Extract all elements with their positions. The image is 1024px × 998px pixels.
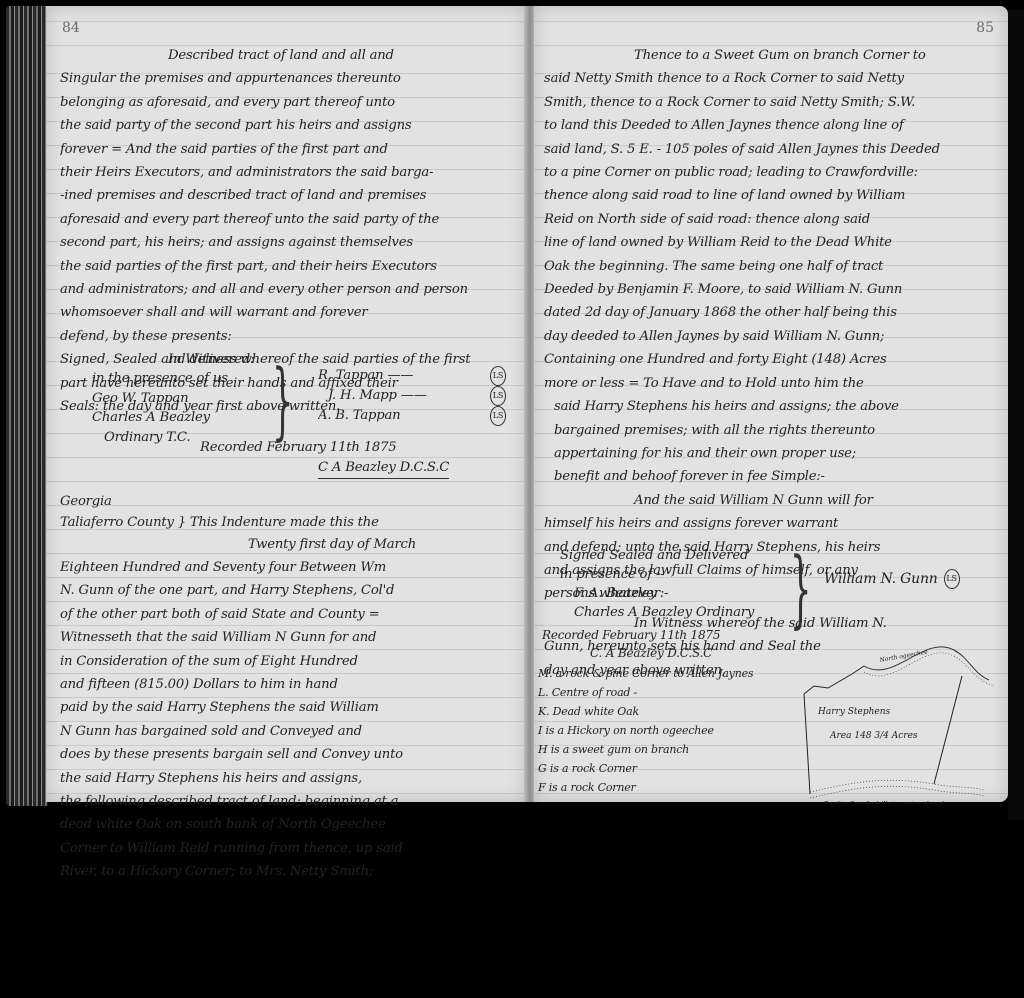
text-line: said Harry Stephens his heirs and assign… bbox=[544, 395, 1000, 418]
text-line: and fifteen (815.00) Dollars to him in h… bbox=[60, 673, 520, 696]
grantor-signature: A. B. Tappan LS bbox=[318, 406, 518, 426]
text-line: to land this Deeded to Allen Jaynes then… bbox=[544, 114, 1000, 137]
text-line: said land, S. 5 E. - 105 poles of said A… bbox=[544, 138, 1000, 161]
text-line: himself his heirs and assigns forever wa… bbox=[544, 512, 1000, 535]
book-right-edge bbox=[1008, 10, 1024, 820]
text-line: Containing one Hundred and forty Eight (… bbox=[544, 348, 1000, 371]
legend-item: K. Dead white Oak bbox=[538, 702, 778, 721]
text-line: Thence to a Sweet Gum on branch Corner t… bbox=[544, 44, 1000, 67]
text-line: thence along said road to line of land o… bbox=[544, 184, 1000, 207]
page-number-right: 85 bbox=[976, 20, 994, 36]
text-line: Eighteen Hundred and Seventy four Betwee… bbox=[60, 556, 520, 579]
text-line: appertaining for his and their own prope… bbox=[544, 442, 1000, 465]
legend-item: H is a sweet gum on branch bbox=[538, 740, 778, 759]
text-line: defend, by these presents: bbox=[60, 325, 520, 348]
text-line: line of land owned by William Reid to th… bbox=[544, 231, 1000, 254]
plat-sketch-drawing: Harry Stephens Area 148 3/4 Acres Road t… bbox=[784, 614, 1004, 804]
text-line: of the other part both of said State and… bbox=[60, 603, 520, 626]
recorded-by: C. A Beazley D.C.S.C bbox=[590, 644, 712, 662]
text-line: Singular the premises and appurtenances … bbox=[60, 67, 520, 90]
text-line: whomsoever shall and will warrant and fo… bbox=[60, 301, 520, 324]
right-page: 85 Thence to a Sweet Gum on branch Corne… bbox=[534, 6, 1008, 802]
state-heading: Georgia bbox=[60, 492, 520, 512]
grantor-signature: J. H. Mapp —— LS bbox=[318, 386, 518, 406]
witness-name: F. A. Beazley bbox=[560, 584, 820, 603]
text-line: the said Harry Stephens his heirs and as… bbox=[60, 767, 520, 790]
witness-name: Charles A Beazley Ordinary bbox=[560, 603, 820, 622]
text-line: belonging as aforesaid, and every part t… bbox=[60, 91, 520, 114]
text-line: day deeded to Allen Jaynes by said Willi… bbox=[544, 325, 1000, 348]
seal-icon: LS bbox=[944, 569, 960, 589]
text-line: Twenty first day of March bbox=[60, 534, 520, 556]
legend-item: L. Centre of road - bbox=[538, 683, 778, 702]
road-label: Road to Crawfordville to centre of road bbox=[823, 801, 944, 804]
recorded-date: Recorded February 11th 1875 bbox=[542, 626, 720, 644]
text-line: said Netty Smith thence to a Rock Corner… bbox=[544, 67, 1000, 90]
grantor-signature: William N. GunnLS bbox=[824, 568, 960, 591]
text-line: Smith, thence to a Rock Corner to said N… bbox=[544, 91, 1000, 114]
page-number-left: 84 bbox=[62, 20, 80, 36]
seal-icon: LS bbox=[490, 406, 506, 426]
text-line: Oak the beginning. The same being one ha… bbox=[544, 255, 1000, 278]
recorded-by: C A Beazley D.C.S.C bbox=[318, 458, 449, 479]
text-line: -ined premises and described tract of la… bbox=[60, 184, 520, 207]
text-line: aforesaid and every part thereof unto th… bbox=[60, 208, 520, 231]
text-line: dated 2d day of January 1868 the other h… bbox=[544, 301, 1000, 324]
text-line: does by these presents bargain sell and … bbox=[60, 743, 520, 766]
text-line: Taliaferro County } This Indenture made … bbox=[60, 512, 520, 534]
text-line: second part, his heirs; and assigns agai… bbox=[60, 231, 520, 254]
text-line: the following described tract of land; b… bbox=[60, 790, 520, 813]
text-line: paid by the said Harry Stephens the said… bbox=[60, 696, 520, 719]
text-line: their Heirs Executors, and administrator… bbox=[60, 161, 520, 184]
seal-icon: LS bbox=[490, 366, 506, 386]
text-line: Corner to William Reid running from then… bbox=[60, 837, 520, 860]
area-label: Area 148 3/4 Acres bbox=[829, 731, 918, 741]
text-line: the said parties of the first part, and … bbox=[60, 255, 520, 278]
legend-item: G is a rock Corner bbox=[538, 759, 778, 778]
brace-icon: } bbox=[272, 358, 293, 442]
left-grantors: R. Tappan —— LS J. H. Mapp —— LS A. B. T… bbox=[318, 366, 518, 426]
open-ledger-book: 84 Described tract of land and all and S… bbox=[0, 0, 1024, 820]
text-line: Reid on North side of said road: thence … bbox=[544, 208, 1000, 231]
left-page: 84 Described tract of land and all and S… bbox=[46, 6, 526, 802]
legend-item: F is a rock Corner bbox=[538, 778, 778, 797]
text-line: to a pine Corner on public road; leading… bbox=[544, 161, 1000, 184]
recorded-date: Recorded February 11th 1875 bbox=[200, 436, 396, 459]
seal-icon: LS bbox=[490, 386, 506, 406]
map-legend: M. a rock & pine Corner to Allen Jaynes … bbox=[538, 664, 778, 797]
legend-item: M. a rock & pine Corner to Allen Jaynes bbox=[538, 664, 778, 683]
text-line: and administrators; and all and every ot… bbox=[60, 278, 520, 301]
text-line: Described tract of land and all and bbox=[60, 44, 520, 67]
text-line: in Consideration of the sum of Eight Hun… bbox=[60, 650, 520, 673]
text-line: And the said William N Gunn will for bbox=[544, 489, 1000, 512]
text-line: Witnesseth that the said William N Gunn … bbox=[60, 626, 520, 649]
text-line: forever = And the said parties of the fi… bbox=[60, 138, 520, 161]
text-line: dead white Oak on south bank of North Og… bbox=[60, 813, 520, 836]
second-deed: Georgia Taliaferro County } This Indentu… bbox=[60, 492, 520, 884]
plat-sketch: Harry Stephens Area 148 3/4 Acres Road t… bbox=[784, 614, 1004, 804]
text-line: the said party of the second part his he… bbox=[60, 114, 520, 137]
owner-label: Harry Stephens bbox=[817, 707, 891, 717]
legend-item: I is a Hickory on north ogeechee bbox=[538, 721, 778, 740]
text-line: benefit and behoof forever in fee Simple… bbox=[544, 465, 1000, 488]
grantor-signature: R. Tappan —— LS bbox=[318, 366, 518, 386]
witness-heading: Signed Sealed and Delivered bbox=[560, 546, 820, 565]
text-line: N Gunn has bargained sold and Conveyed a… bbox=[60, 720, 520, 743]
right-witness-block: Signed Sealed and Delivered in presence … bbox=[560, 546, 820, 622]
text-line: more or less = To Have and to Hold unto … bbox=[544, 372, 1000, 395]
text-line: bargained premises; with all the rights … bbox=[544, 419, 1000, 442]
book-page-edges bbox=[6, 6, 48, 806]
text-line: River, to a Hickory Corner; to Mrs. Nett… bbox=[60, 860, 520, 883]
text-line: N. Gunn of the one part, and Harry Steph… bbox=[60, 579, 520, 602]
witness-heading: in presence of -- bbox=[560, 565, 820, 584]
text-line: Deeded by Benjamin F. Moore, to said Wil… bbox=[544, 278, 1000, 301]
